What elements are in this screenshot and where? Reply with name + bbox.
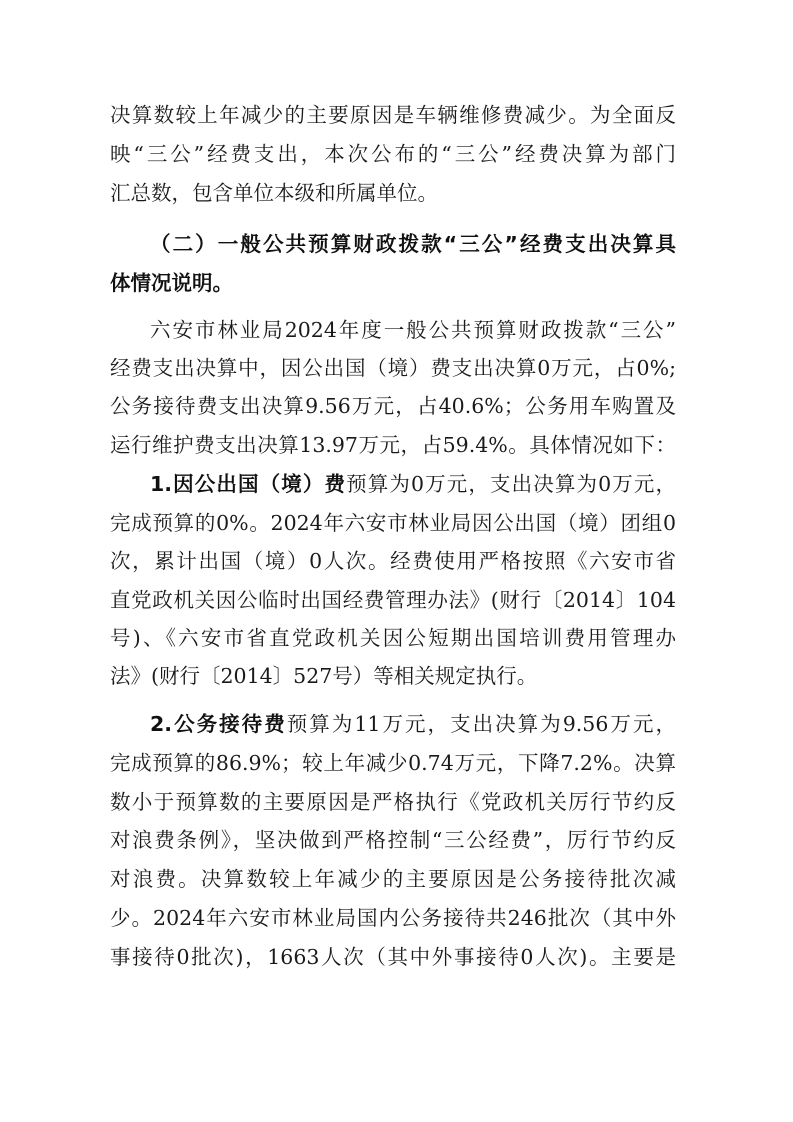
paragraph-line: 汇总数，包含单位本级和所属单位。 <box>110 179 676 207</box>
paragraph-line: 对浪费。决算数较上年减少的主要原因是公务接待批次减 <box>110 865 676 893</box>
item-title: 2.公务接待费 <box>150 712 287 736</box>
item-title: 1.因公出国（境）费 <box>150 472 346 496</box>
item-line: 1.因公出国（境）费预算为0万元，支出决算为0万元， <box>150 470 676 498</box>
document-page: 决算数较上年减少的主要原因是车辆维修费减少。为全面反 映“三公”经费支出，本次公… <box>0 0 793 1122</box>
paragraph-line: 运行维护费支出决算13.97万元，占59.4%。具体情况如下： <box>110 431 676 459</box>
paragraph-line: 数小于预算数的主要原因是严格执行《党政机关厉行节约反 <box>110 788 676 816</box>
paragraph-line: 经费支出决算中，因公出国（境）费支出决算0万元，占0%; <box>110 354 676 382</box>
paragraph-line: 映“三公”经费支出，本次公布的“三公”经费决算为部门 <box>110 140 676 168</box>
item-text: 预算为0万元，支出决算为0万元， <box>346 472 676 496</box>
paragraph-line: 六安市林业局2024年度一般公共预算财政拨款“三公” <box>150 316 676 344</box>
paragraph-line: 公务接待费支出决算9.56万元，占40.6%；公务用车购置及 <box>110 392 676 420</box>
paragraph-line: 事接待0批次)，1663人次（其中外事接待0人次)。主要是 <box>110 943 676 971</box>
paragraph-line: 少。2024年六安市林业局国内公务接待共246批次（其中外 <box>110 904 676 932</box>
paragraph-line: 完成预算的0%。2024年六安市林业局因公出国（境）团组0 <box>110 509 676 537</box>
paragraph-line: 直党政机关因公临时出国经费管理办法》(财行〔2014〕104 <box>110 586 676 614</box>
paragraph-line: 次，累计出国（境）0人次。经费使用严格按照《六安市省 <box>110 547 676 575</box>
paragraph-line: 号)、《六安市省直党政机关因公短期出国培训费用管理办 <box>110 624 676 652</box>
paragraph-line: 决算数较上年减少的主要原因是车辆维修费减少。为全面反 <box>110 101 676 129</box>
paragraph-line: 法》(财行〔2014〕527号）等相关规定执行。 <box>110 662 676 690</box>
item-line: 2.公务接待费预算为11万元，支出决算为9.56万元， <box>150 710 676 738</box>
paragraph-line: 对浪费条例》，坚决做到严格控制“三公经费”，厉行节约反 <box>110 826 676 854</box>
section-heading: （二）一般公共预算财政拨款“三公”经费支出决算具 <box>150 230 676 258</box>
item-text: 预算为11万元，支出决算为9.56万元， <box>287 712 676 736</box>
paragraph-line: 完成预算的86.9%；较上年减少0.74万元，下降7.2%。决算 <box>110 749 676 777</box>
section-heading: 体情况说明。 <box>110 269 676 297</box>
